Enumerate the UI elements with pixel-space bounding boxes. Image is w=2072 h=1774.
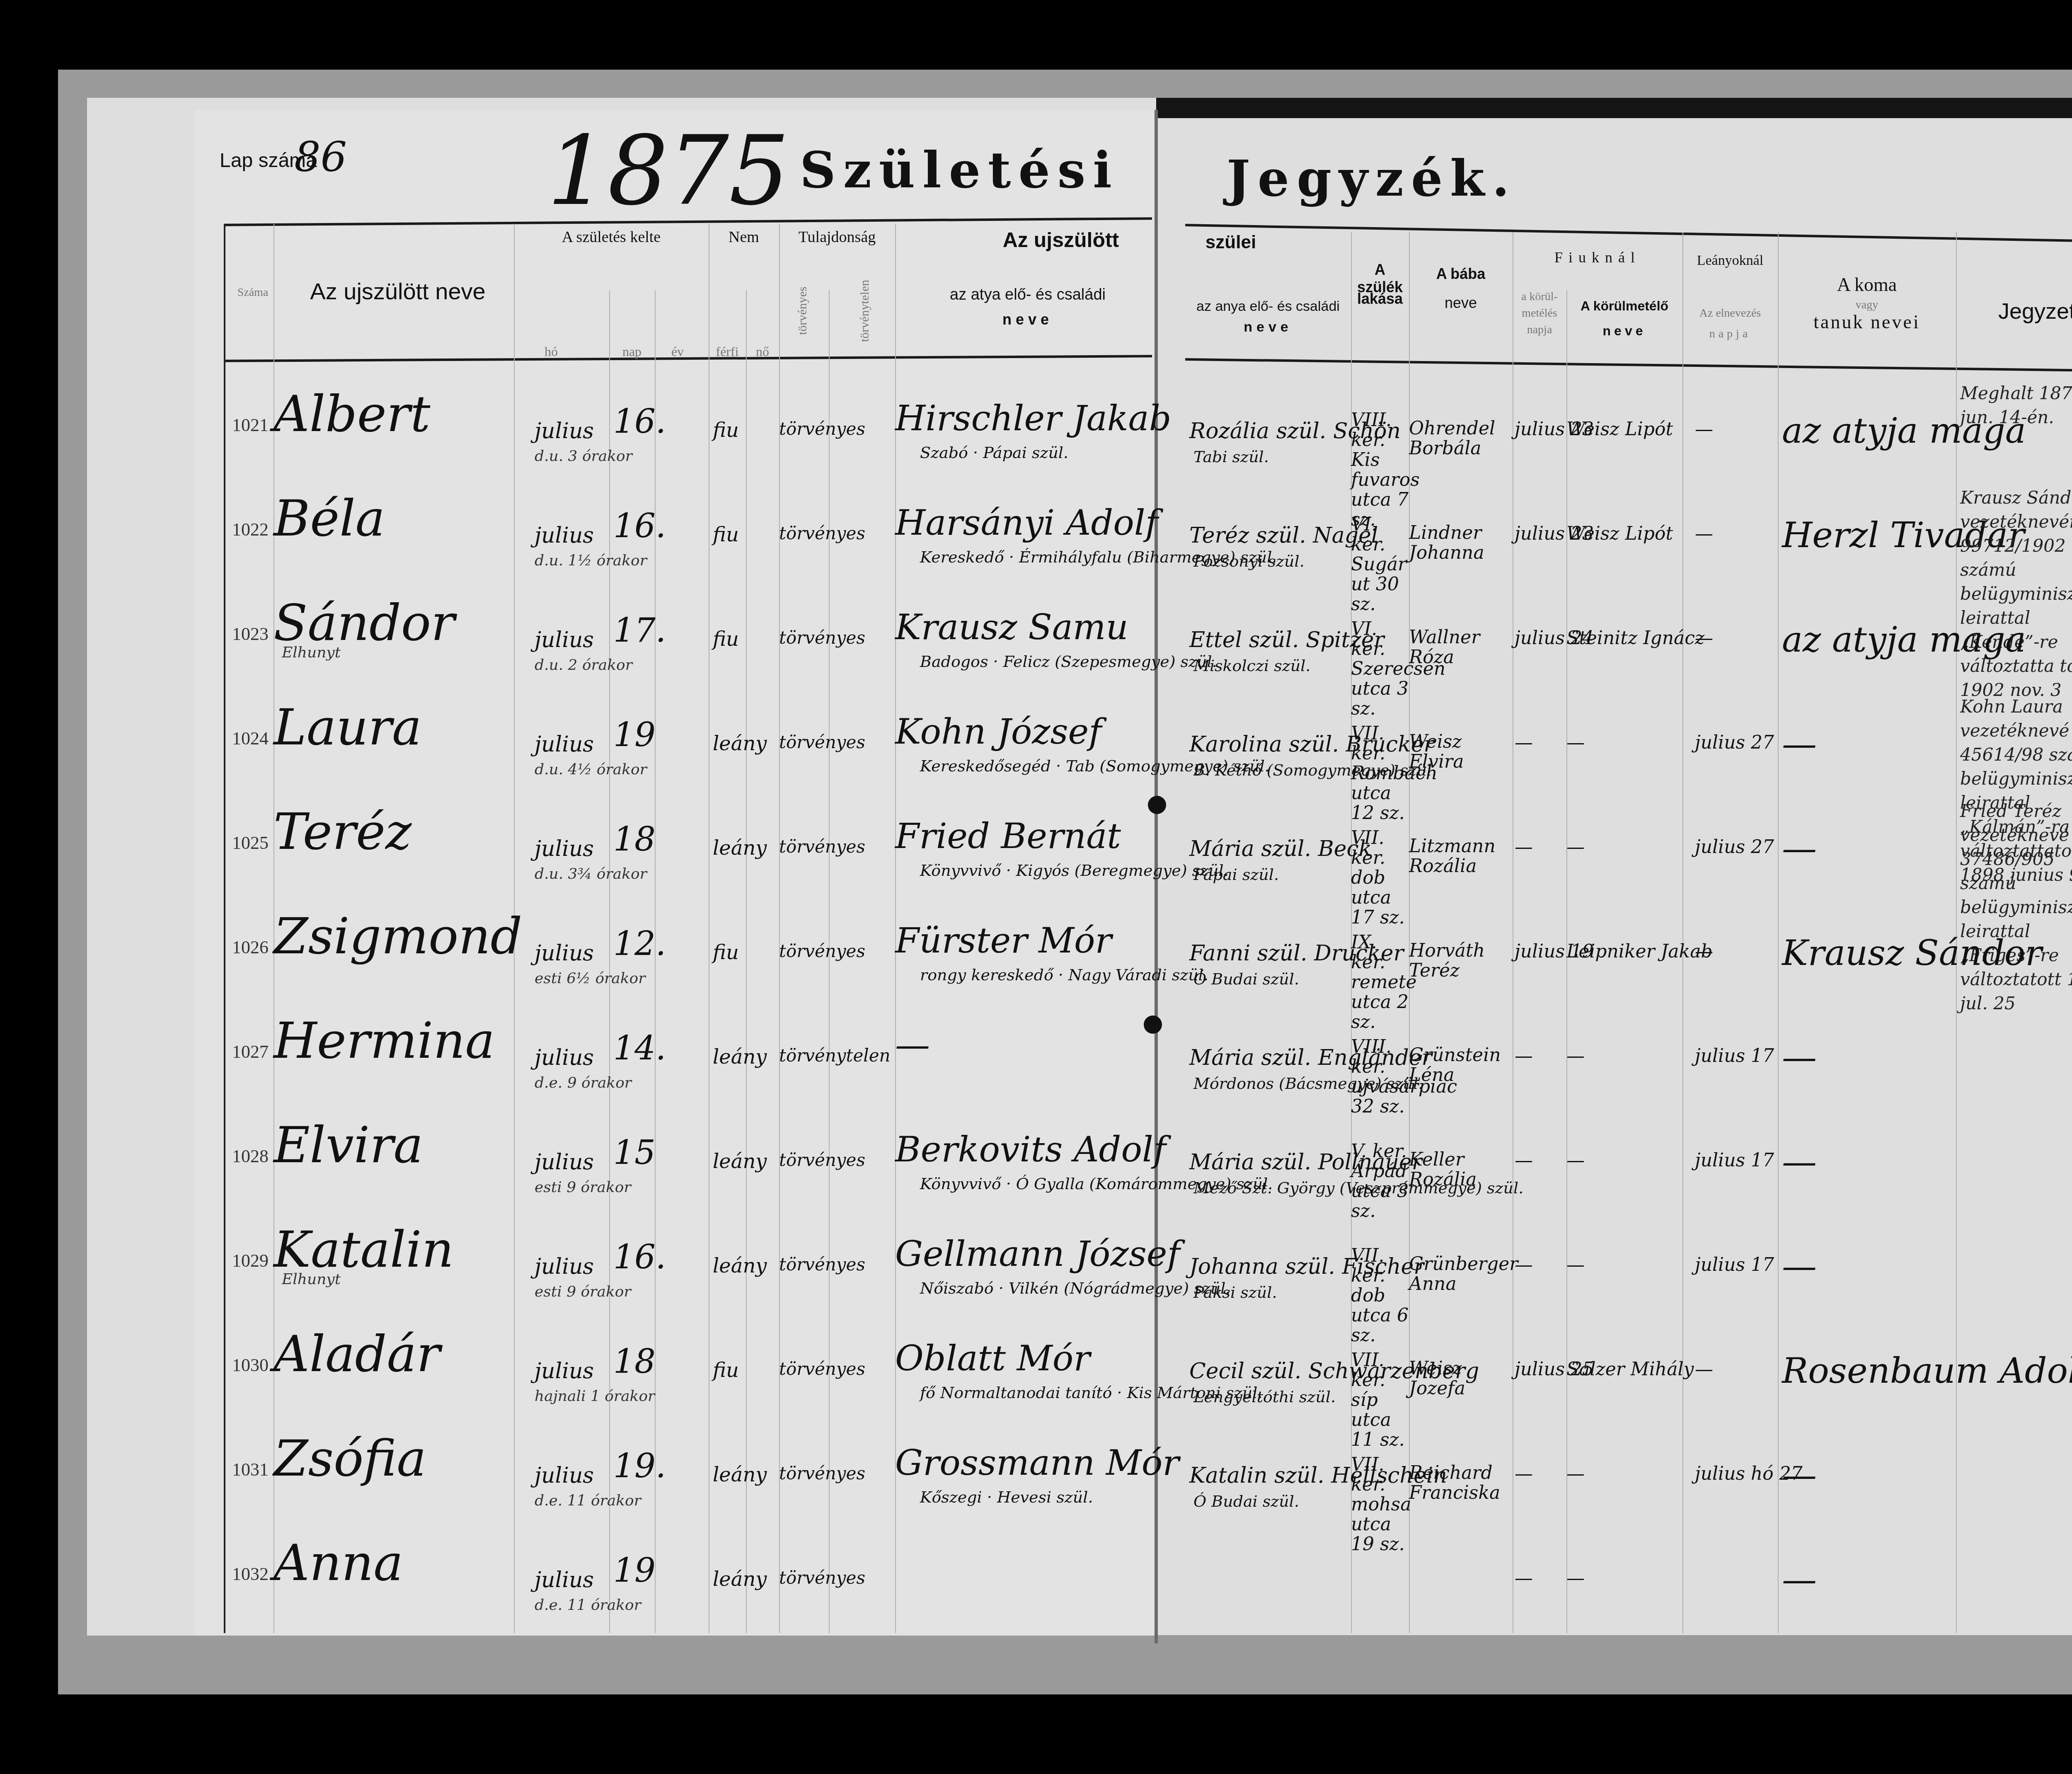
newborn-name: Aladár xyxy=(274,1326,440,1383)
sex: leány xyxy=(713,1463,767,1486)
midwife-name: Ohrendel Borbála xyxy=(1409,419,1513,458)
circumcision-date: — xyxy=(1515,1150,1533,1171)
newborn-name: Zsófia xyxy=(274,1430,426,1488)
header-sex: Nem xyxy=(709,228,779,246)
header-mother-name: neve xyxy=(1189,319,1347,335)
birth-time: esti 9 órakor xyxy=(535,1179,631,1196)
header-naming-date: Az elnevezés xyxy=(1682,307,1778,320)
header-female: nő xyxy=(746,344,779,359)
father-name: Oblatt Mór xyxy=(895,1338,1090,1379)
table-row: 1031Zsófiajuliusd.e. 11 órakor19.leánytö… xyxy=(0,1418,2072,1521)
newborn-name: Albert xyxy=(274,385,430,443)
father-name: Harsányi Adolf xyxy=(895,502,1158,543)
mother-name: Mária szül. Beck xyxy=(1189,836,1372,861)
mother-detail: Miskolczi szül. xyxy=(1193,657,1310,675)
circumcision-date: — xyxy=(1515,1045,1533,1066)
header-notes: Jegyzet xyxy=(1956,298,2072,324)
register-number: 1024 xyxy=(232,728,269,749)
godparent-name: Rosenbaum Adolf xyxy=(1782,1350,2072,1391)
year: 1875 xyxy=(547,116,789,227)
birth-day: 16. xyxy=(613,507,666,545)
sex: fiu xyxy=(713,628,739,651)
father-detail: Szabó · Pápai szül. xyxy=(920,443,1068,462)
birth-day: 19. xyxy=(613,1447,666,1485)
naming-date: julius 17 xyxy=(1695,1150,1774,1171)
birth-time: d.e. 9 órakor xyxy=(535,1074,632,1091)
table-row: 1027Herminajuliusd.e. 9 órakor14.leánytö… xyxy=(0,1000,2072,1103)
header-midwife-2: neve xyxy=(1409,294,1513,312)
circumcision-date: — xyxy=(1515,1254,1533,1275)
birth-day: 19 xyxy=(613,1551,656,1590)
title-right: Jegyzék. xyxy=(1227,149,1517,208)
register-number: 1030 xyxy=(232,1355,269,1376)
newborn-name: Béla xyxy=(274,490,385,548)
header-midwife: A bába xyxy=(1409,265,1513,283)
register-number: 1021 xyxy=(232,414,269,436)
newborn-name: Teréz xyxy=(274,803,411,861)
register-number: 1031 xyxy=(232,1459,269,1480)
register-number: 1025 xyxy=(232,832,269,853)
midwife-name: Grünstein Léna xyxy=(1409,1045,1513,1085)
godparent-name: Krausz Sándor xyxy=(1782,933,2042,973)
birth-day: 17. xyxy=(613,611,666,649)
naming-date: — xyxy=(1695,1359,1713,1380)
legitimacy-status: törvényes xyxy=(779,628,865,648)
midwife-name: Weisz Elvira xyxy=(1409,732,1513,772)
godparent-name: — xyxy=(1782,828,1817,869)
birth-month: julius xyxy=(535,1254,594,1279)
sex: leány xyxy=(713,836,767,860)
birth-day: 16. xyxy=(613,402,666,441)
header-circumciser: A körülmetélő xyxy=(1566,298,1682,314)
circumcision-date: — xyxy=(1515,836,1533,858)
header-legitimate: törvényes xyxy=(796,265,810,356)
header-circ-date-3: napja xyxy=(1513,323,1566,337)
circumciser-name: Weisz Lipót xyxy=(1566,523,1673,544)
naming-date: — xyxy=(1695,419,1713,440)
header-godparent-2: vagy xyxy=(1778,298,1956,312)
register-number: 1026 xyxy=(232,937,269,958)
birth-month: julius xyxy=(535,732,594,757)
naming-date: — xyxy=(1695,628,1713,649)
header-mother: az anya elő- és családi xyxy=(1189,298,1347,315)
circumcision-date: — xyxy=(1515,1568,1533,1589)
mother-detail: Tabi szül. xyxy=(1193,448,1269,466)
father-detail: Kőszegi · Hevesi szül. xyxy=(920,1488,1093,1506)
header-godparent-3: tanuk nevei xyxy=(1778,311,1956,333)
godparent-name: — xyxy=(1782,724,1817,764)
legitimacy-status: törvényes xyxy=(779,419,865,439)
table-row: 1023SándorElhunytjuliusd.u. 2 órakor17.f… xyxy=(0,582,2072,686)
mother-detail: Ó Budai szül. xyxy=(1193,970,1299,988)
legitimacy-status: törvényes xyxy=(779,732,865,752)
midwife-name: Weisz Jozefa xyxy=(1409,1359,1513,1398)
birth-month: julius xyxy=(535,1150,594,1175)
naming-date: — xyxy=(1695,523,1713,544)
birth-time: esti 9 órakor xyxy=(535,1283,631,1300)
father-name: Fried Bernát xyxy=(895,816,1121,856)
godparent-name: — xyxy=(1782,1037,1817,1078)
header-boys: Fiuknál xyxy=(1513,249,1682,266)
father-detail: Könyvvivő · Kigyós (Beregmegye) szül. xyxy=(920,861,1229,880)
sex: leány xyxy=(713,1568,767,1591)
naming-date: — xyxy=(1695,941,1713,962)
table-row: 1029KatalinElhunytjuliusesti 9 órakor16.… xyxy=(0,1209,2072,1312)
newborn-name-note: Elhunyt xyxy=(282,1271,341,1288)
sex: fiu xyxy=(713,419,739,442)
mother-detail: Pápai szül. xyxy=(1193,865,1279,884)
circumciser-name: — xyxy=(1566,732,1585,753)
mother-detail: Pozsonyi szül. xyxy=(1193,552,1305,570)
father-name: Berkovits Adolf xyxy=(895,1129,1166,1170)
circumciser-name: — xyxy=(1566,1463,1585,1484)
naming-date: julius 27 xyxy=(1695,836,1774,858)
father-detail: Badogos · Felicz (Szepesmegye) szül. xyxy=(920,652,1217,671)
godparent-name: — xyxy=(1782,1455,1817,1495)
father-name: Hirschler Jakab xyxy=(895,398,1171,439)
father-detail: Nőiszabó · Vilkén (Nógrádmegye) szül. xyxy=(920,1279,1230,1297)
register-number: 1023 xyxy=(232,623,269,645)
legitimacy-status: törvényes xyxy=(779,1568,865,1588)
newborn-name-note: Elhunyt xyxy=(282,644,341,661)
header-day: nap xyxy=(613,344,651,359)
newborn-name: Laura xyxy=(274,699,421,756)
newborn-name: Katalin xyxy=(274,1221,454,1279)
birth-month: julius xyxy=(535,1463,594,1488)
newborn-name: Sándor xyxy=(274,594,455,652)
naming-date: julius 17 xyxy=(1695,1045,1774,1066)
legitimacy-status: törvényes xyxy=(779,1359,865,1379)
birth-day: 15 xyxy=(613,1133,656,1172)
circumcision-date: — xyxy=(1515,1463,1533,1484)
newborn-name: Zsigmond xyxy=(274,908,522,965)
birth-month: julius xyxy=(535,1045,594,1070)
birth-time: d.u. 2 órakor xyxy=(535,657,632,674)
mother-detail: Ó Budai szül. xyxy=(1193,1492,1299,1510)
birth-day: 18 xyxy=(613,820,656,858)
sex: leány xyxy=(713,732,767,755)
header-circ-date-2: metélés xyxy=(1513,307,1566,320)
birth-time: d.u. 1½ órakor xyxy=(535,552,647,569)
newborn-name: Elvira xyxy=(274,1117,423,1174)
father-name: — xyxy=(895,1025,930,1065)
register-number: 1029 xyxy=(232,1250,269,1271)
godparent-name: az atyja maga xyxy=(1782,619,2026,660)
godparent-name: — xyxy=(1782,1246,1817,1287)
header-circumciser-2: neve xyxy=(1566,323,1682,339)
header-year: év xyxy=(659,344,696,359)
circumciser-name: — xyxy=(1566,836,1585,858)
header-naming-date-2: napja xyxy=(1682,327,1778,341)
circumciser-name: — xyxy=(1566,1150,1585,1171)
circumciser-name: Steinitz Ignácz xyxy=(1566,628,1704,649)
birth-month: julius xyxy=(535,1359,594,1384)
register-number: 1022 xyxy=(232,519,269,540)
table-row: 1028Elvirajuliusesti 9 órakor15leánytörv… xyxy=(0,1104,2072,1208)
mother-detail: Lengyeltóthi szül. xyxy=(1193,1388,1336,1406)
header-month: hó xyxy=(539,344,564,359)
birth-day: 12. xyxy=(613,924,666,963)
row-note: Meghalt 1879 jun. 14-én. xyxy=(1960,381,2072,429)
birth-month: julius xyxy=(535,941,594,966)
sex: leány xyxy=(713,1045,767,1069)
circumciser-name: — xyxy=(1566,1254,1585,1275)
sex: leány xyxy=(713,1150,767,1173)
naming-date: julius 17 xyxy=(1695,1254,1774,1275)
sex: fiu xyxy=(713,523,739,546)
circumciser-name: Weisz Lipót xyxy=(1566,419,1673,440)
header-residence-2: lakása xyxy=(1351,290,1409,308)
birth-time: esti 6½ órakor xyxy=(535,970,646,987)
godparent-name: — xyxy=(1782,1141,1817,1182)
newborn-name: Anna xyxy=(274,1534,403,1592)
header-szama: Száma xyxy=(232,286,274,299)
legitimacy-status: törvényes xyxy=(779,836,865,857)
naming-date: julius 27 xyxy=(1695,732,1774,753)
legitimacy-status: törvénytelen xyxy=(779,1045,891,1066)
midwife-name: Reichard Franciska xyxy=(1409,1463,1513,1503)
table-row: 1024Laurajuliusd.u. 4½ órakor19leánytörv… xyxy=(0,686,2072,790)
birth-month: julius xyxy=(535,1568,594,1592)
birth-time: d.e. 11 órakor xyxy=(535,1597,641,1614)
header-male: férfi xyxy=(709,344,746,359)
newborn-name: Hermina xyxy=(274,1012,495,1070)
register-number: 1027 xyxy=(232,1041,269,1062)
table-row: 1022Bélajuliusd.u. 1½ órakor16.fiutörvén… xyxy=(0,477,2072,581)
header-girls: Leányoknál xyxy=(1682,253,1778,269)
midwife-name: Keller Rozália xyxy=(1409,1150,1513,1190)
birth-month: julius xyxy=(535,523,594,548)
table-row: 1026Zsigmondjuliusesti 6½ órakor12.fiutö… xyxy=(0,895,2072,999)
circumciser-name: Salzer Mihály xyxy=(1566,1359,1694,1380)
birth-month: julius xyxy=(535,836,594,861)
table-row: 1021Albertjuliusd.u. 3 órakor16.fiutörvé… xyxy=(0,373,2072,477)
godparent-name: — xyxy=(1782,1559,1817,1600)
birth-time: d.u. 4½ órakor xyxy=(535,761,647,778)
sex: fiu xyxy=(713,1359,739,1382)
header-illegitimate: törvénytelen xyxy=(858,265,872,356)
header-newborn-name: Az ujszülött neve xyxy=(282,278,514,305)
birth-time: d.u. 3 órakor xyxy=(535,448,632,465)
birth-time: d.u. 3¾ órakor xyxy=(535,865,647,882)
birth-day: 19 xyxy=(613,715,656,754)
register-number: 1032 xyxy=(232,1563,269,1585)
legitimacy-status: törvényes xyxy=(779,1463,865,1483)
header-newborn-parents: Az ujszülött xyxy=(966,228,1156,252)
table-row: 1025Terézjuliusd.u. 3¾ órakor18leánytörv… xyxy=(0,791,2072,894)
midwife-name: Wallner Róza xyxy=(1409,628,1513,667)
birth-day: 14. xyxy=(613,1029,666,1067)
father-detail: rongy kereskedő · Nagy Váradi szül. xyxy=(920,966,1208,984)
mother-detail: Paksi szül. xyxy=(1193,1283,1277,1301)
birth-month: julius xyxy=(535,628,594,652)
legitimacy-status: törvényes xyxy=(779,941,865,961)
page-number: 86 xyxy=(294,133,347,181)
table-row: 1032Annajuliusd.e. 11 órakor19leánytörvé… xyxy=(0,1522,2072,1626)
father-name: Krausz Samu xyxy=(895,607,1128,647)
birth-month: julius xyxy=(535,419,594,443)
midwife-name: Horváth Teréz xyxy=(1409,941,1513,981)
header-circ-date: a körül- xyxy=(1513,290,1566,303)
title-left: Születési xyxy=(800,141,1119,199)
circumciser-name: — xyxy=(1566,1045,1585,1066)
father-name: Gellmann József xyxy=(895,1234,1180,1274)
register-number: 1028 xyxy=(232,1146,269,1167)
header-godparent: A koma xyxy=(1778,274,1956,296)
header-legitimacy: Tulajdonság xyxy=(779,228,895,246)
mother-name: Teréz szül. Nagel xyxy=(1189,523,1378,548)
header-birth-date: A születés kelte xyxy=(514,228,709,246)
header-father: az atya elő- és családi xyxy=(912,286,1144,304)
legitimacy-status: törvényes xyxy=(779,1150,865,1170)
midwife-name: Grünberger Anna xyxy=(1409,1254,1513,1294)
father-name: Fürster Mór xyxy=(895,920,1112,961)
midwife-name: Lindner Johanna xyxy=(1409,523,1513,563)
header-parents: szülei xyxy=(1189,232,1272,253)
legitimacy-status: törvényes xyxy=(779,1254,865,1275)
father-name: Grossmann Mór xyxy=(895,1442,1179,1483)
sex: leány xyxy=(713,1254,767,1277)
birth-time: d.e. 11 órakor xyxy=(535,1492,641,1509)
midwife-name: Litzmann Rozália xyxy=(1409,836,1513,876)
father-name: Kohn József xyxy=(895,711,1101,752)
circumciser-name: Leipniker Jakab xyxy=(1566,941,1713,962)
circumcision-date: — xyxy=(1515,732,1533,753)
circumciser-name: — xyxy=(1566,1568,1585,1589)
table-row: 1030Aladárjuliushajnali 1 órakor18fiutör… xyxy=(0,1313,2072,1417)
birth-time: hajnali 1 órakor xyxy=(535,1388,655,1405)
birth-day: 18 xyxy=(613,1342,656,1381)
sex: fiu xyxy=(713,941,739,964)
legitimacy-status: törvényes xyxy=(779,523,865,543)
header-father-name: neve xyxy=(912,311,1144,328)
birth-day: 16. xyxy=(613,1238,666,1276)
